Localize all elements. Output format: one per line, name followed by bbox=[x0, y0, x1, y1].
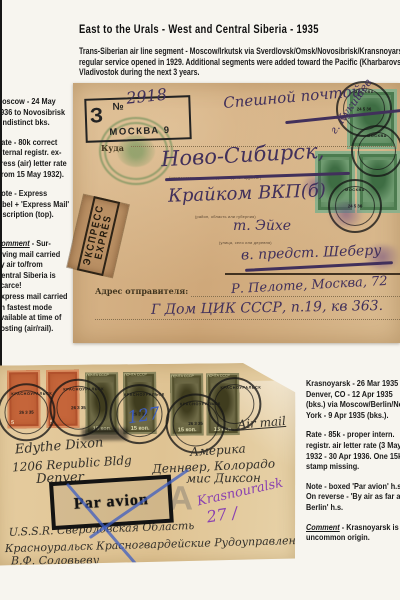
printed-tiny-line: (улица, село или деревня) bbox=[219, 241, 272, 245]
registration-number-sign: № bbox=[112, 101, 124, 112]
intro-line: regular service opened in 1929. Addition… bbox=[79, 57, 400, 68]
caption-line: Rate - 85k - proper intern. bbox=[306, 429, 400, 440]
page-title: East to the Urals - West and Central Sib… bbox=[79, 24, 400, 36]
express-label: ЭКСПРЕСС EXPRÈS bbox=[67, 195, 128, 277]
caption-line: Berlin' h.s. bbox=[306, 502, 400, 513]
caption-line: Note - Express bbox=[0, 188, 69, 199]
caption-line: by air to/from bbox=[0, 259, 69, 270]
spacer bbox=[0, 128, 81, 137]
page-header: East to the Urals - West and Central Sib… bbox=[79, 24, 400, 78]
postmark-date: 26 3 35 bbox=[10, 410, 44, 415]
spacer bbox=[306, 472, 400, 481]
origin-postmark: КРАСНОУРАЛЬСК 26 3 35 bbox=[0, 383, 56, 442]
postmark-city: КРАСНОУРАЛЬСК bbox=[11, 392, 41, 396]
caption-line: Central Siberia is bbox=[0, 270, 69, 281]
handwritten-purple-number: 27 / bbox=[205, 503, 238, 526]
caption-comment-line: Comment - Sur- bbox=[0, 238, 69, 249]
postmark-date: 26 3 35 bbox=[62, 406, 96, 411]
caption-line: press (air) letter rate bbox=[0, 158, 69, 169]
caption-line: (bks.) via Moscow/Berlin/New bbox=[306, 399, 400, 410]
postmark-city: КРАСНОУРАЛЬСК bbox=[180, 402, 211, 406]
spacer bbox=[306, 513, 400, 522]
comment-text: - Krasnoyarsk is bbox=[340, 522, 399, 532]
comment-label: Comment bbox=[0, 238, 30, 248]
caption-line: on fastest mode bbox=[0, 302, 69, 313]
ink-smudge bbox=[325, 201, 367, 227]
stamp-country-label: ПОЧТА СССР bbox=[124, 373, 147, 377]
postcard-moscow-novosibirsk: З № 2918 МОСКВА 9 СССР МОСКВА 24 5 36 МО… bbox=[73, 83, 400, 343]
caption-line: 1936 to Novosibrisk bbox=[0, 107, 69, 118]
caption-line: Moscow - 24 May bbox=[0, 96, 69, 107]
caption-line: internal registr. ex- bbox=[0, 147, 69, 158]
exhibit-page: East to the Urals - West and Central Sib… bbox=[0, 0, 400, 600]
caption-comment-line: Comment - Krasnoyarsk is bbox=[306, 522, 400, 533]
postmark-city: КРАСНОУРАЛЬСК bbox=[124, 393, 155, 397]
cover-krasnoyarsk-denver: 5 5 ПОЧТА СССР 15 коп. ПОЧТА СССР 15 коп… bbox=[0, 362, 297, 565]
left-caption-column: Moscow - 24 May 1936 to Novosibrisk - in… bbox=[0, 96, 81, 333]
spacer bbox=[0, 220, 81, 229]
spacer bbox=[0, 179, 81, 188]
postmark-city: МОСКВА bbox=[341, 188, 369, 192]
caption-line: stamp missing. bbox=[306, 461, 400, 472]
address-dotted-line bbox=[95, 318, 400, 320]
caption-line: label + 'Express Mail' bbox=[0, 199, 69, 210]
postmark-city: МОСКВА bbox=[364, 134, 390, 138]
caption-line: uncommon origin. bbox=[306, 532, 400, 543]
intro-line: Vladivostok during the next 3 years. bbox=[79, 67, 400, 78]
express-label-frame: ЭКСПРЕСС EXPRÈS bbox=[76, 196, 119, 276]
caption-line: 1932 - 30 Apr 1936. One 15k bbox=[306, 451, 400, 462]
right-caption-column: Krasnoyarsk - 26 Mar 1935 to Denver, CO … bbox=[306, 378, 400, 543]
address-dotted-line bbox=[191, 295, 400, 297]
registration-city: МОСКВА 9 bbox=[109, 125, 170, 138]
caption-line: Note - boxed 'Par avion' h.s. bbox=[306, 481, 400, 492]
stamp-country-label: ПОЧТА СССР bbox=[171, 374, 194, 378]
caption-line: posting (air/rail). bbox=[0, 323, 69, 334]
comment-text: - Sur- bbox=[30, 238, 51, 248]
caption-line: York - 9 Apr 1935 (bks.). bbox=[306, 410, 400, 421]
handwritten-sender-line1: Р. Пелоте, Москва, 72 bbox=[231, 274, 388, 297]
handwritten-sender-line2: Г Дом ЦИК СССР, п.19, кв 363. bbox=[151, 298, 383, 318]
registration-number-handwritten: 2918 bbox=[125, 85, 167, 108]
postmark-city: КРАСНОУРАЛЬСК bbox=[220, 386, 248, 390]
return-address-line3: В.Ф. Соловьеву bbox=[11, 553, 99, 567]
spacer bbox=[0, 229, 81, 238]
handwritten-destination-city: Ново-Сибирск, bbox=[160, 139, 324, 172]
stamp-country-label: ПОЧТА СССР bbox=[86, 373, 109, 377]
spacer bbox=[306, 420, 400, 429]
caption-line: On reverse - 'By air as far as bbox=[306, 491, 400, 502]
comment-label: Comment bbox=[306, 522, 340, 532]
intro-line: Trans-Siberian air line segment - Moscow… bbox=[79, 46, 400, 57]
caption-line: inscription (top). bbox=[0, 209, 69, 220]
sender-address-label: Адрес отправителя: bbox=[95, 286, 188, 296]
caption-line: Express mail carried bbox=[0, 291, 69, 302]
handwritten-addressee-name: т. Эйхе bbox=[233, 218, 291, 234]
caption-line: - indistinct bks. bbox=[0, 117, 69, 128]
caption-line: Krasnoyarsk - 26 Mar 1935 to bbox=[306, 378, 400, 389]
handwritten-addressee-org: Крайком ВКП(б) bbox=[168, 180, 327, 206]
caption-line: Denver, CO - 12 Apr 1935 bbox=[306, 389, 400, 400]
kuda-label: Куда bbox=[101, 143, 124, 153]
moscow-postmark: МОСКВА bbox=[351, 125, 400, 177]
postmark-date: 26 3 35 bbox=[178, 421, 213, 426]
registration-letter: З bbox=[89, 104, 103, 128]
page-intro: Trans-Siberian air line segment - Moscow… bbox=[79, 46, 400, 78]
caption-line: Rate - 80k correct bbox=[0, 137, 69, 148]
caption-line: (from 15 May 1932). bbox=[0, 169, 69, 180]
caption-line: registr. air letter rate (3 May bbox=[306, 440, 400, 451]
caption-line: viving mail carried bbox=[0, 249, 69, 260]
caption-line: scarce! bbox=[0, 280, 69, 291]
postmark-city: КРАСНОУРАЛЬСК bbox=[63, 388, 93, 392]
caption-line: available at time of bbox=[0, 312, 69, 323]
registration-cachet: З № 2918 МОСКВА 9 bbox=[84, 95, 191, 143]
